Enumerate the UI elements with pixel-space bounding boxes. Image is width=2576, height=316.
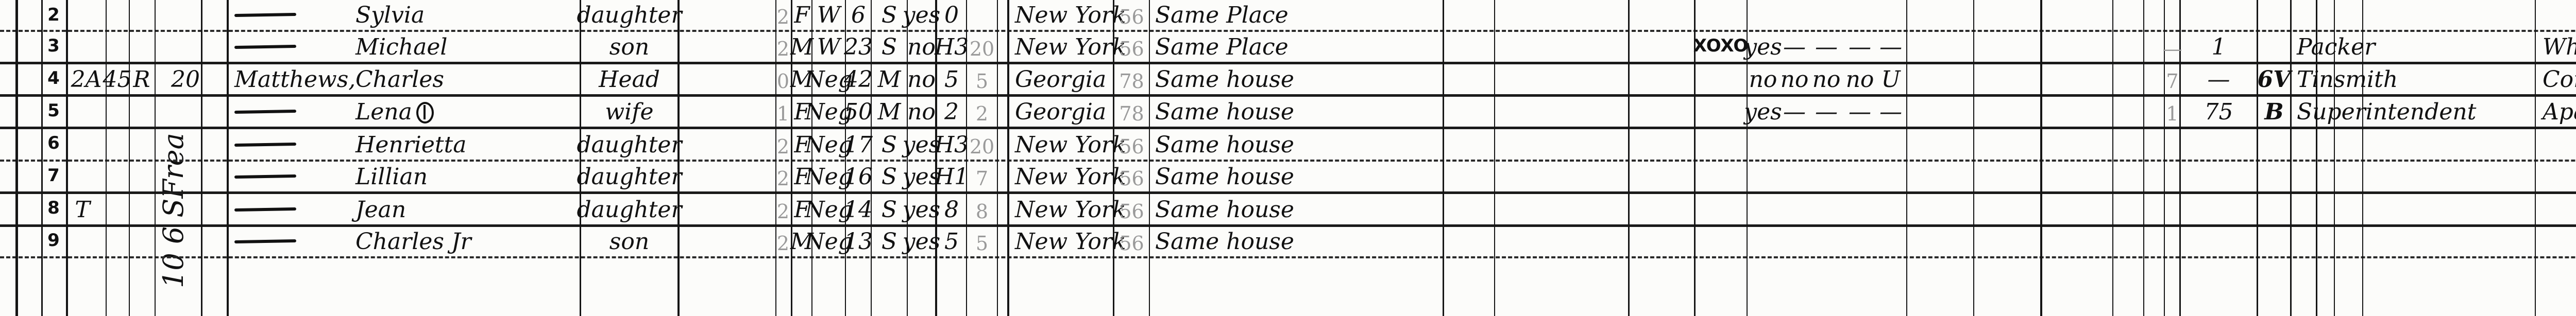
given-name: Lillian — [350, 160, 577, 191]
residence-1935: Same house — [1150, 94, 1284, 127]
relation-code: 1 — [775, 94, 791, 127]
public-work — [1811, 160, 1842, 191]
education-code — [967, 0, 997, 30]
ditto-dash-icon — [234, 207, 296, 212]
informant-circle-x-icon — [416, 102, 434, 124]
education-code: 5 — [967, 224, 997, 256]
birthplace-code: 78 — [1114, 62, 1149, 94]
given-name: Charles Jr — [350, 224, 577, 256]
sex: M — [792, 30, 811, 62]
birthplace: New York — [1010, 127, 1113, 160]
birthplace-code: 56 — [1114, 127, 1149, 160]
birthplace: New York — [1010, 224, 1113, 256]
highest-grade: H3 — [937, 127, 966, 160]
race: Neg — [812, 160, 845, 191]
given-name: Sylvia — [350, 0, 577, 30]
given-name-text: Sylvia — [355, 4, 425, 27]
at-work — [1748, 224, 1778, 256]
race: Neg — [812, 62, 845, 94]
surname-cell — [229, 30, 348, 62]
seeking-work — [1779, 224, 1810, 256]
age: 14 — [846, 191, 871, 224]
public-work: — — [1811, 30, 1842, 62]
industry — [2537, 224, 2576, 256]
race: W — [812, 30, 845, 62]
public-work — [1811, 224, 1842, 256]
hours-worked — [2165, 0, 2179, 30]
public-work: — — [1811, 94, 1842, 127]
occupation: Superintendent — [2292, 94, 2446, 127]
column-rule — [227, 0, 229, 316]
seeking-work: — — [1779, 30, 1810, 62]
occupation — [2292, 191, 2446, 224]
column-rule — [66, 0, 68, 316]
column-rule — [106, 0, 107, 316]
race: W — [812, 0, 845, 30]
age: 6 — [846, 0, 871, 30]
age: 50 — [846, 94, 871, 127]
school-attendance: no — [908, 94, 935, 127]
left-margin-mark: T — [67, 191, 98, 224]
work-status: U — [1875, 62, 1906, 94]
birthplace-code: 56 — [1114, 191, 1149, 224]
education-code: 5 — [967, 62, 997, 94]
relationship: son — [581, 30, 677, 62]
seeking-work: no — [1779, 62, 1810, 94]
race: Neg — [812, 224, 845, 256]
line-number-left: 6 — [41, 127, 66, 160]
occupation — [2292, 224, 2446, 256]
hours-worked — [2165, 224, 2179, 256]
birthplace-code: 56 — [1114, 0, 1149, 30]
relationship: daughter — [581, 160, 677, 191]
ditto-dash-icon — [234, 143, 296, 147]
tenure: R — [129, 62, 155, 94]
residence-1935: Same house — [1150, 160, 1284, 191]
school-attendance: yes — [908, 127, 935, 160]
industry — [2537, 127, 2576, 160]
education-code: 8 — [967, 191, 997, 224]
residence-1935: Same house — [1150, 224, 1284, 256]
line-number-left: 4 — [41, 62, 66, 94]
public-work — [1811, 0, 1842, 30]
side-annotation-text: 10 6 SFrea — [157, 133, 190, 288]
occupation: Tinsmith — [2292, 62, 2446, 94]
column-rule — [129, 0, 130, 316]
school-attendance: no — [908, 30, 935, 62]
work-status — [1875, 224, 1906, 256]
relation-code: 2 — [775, 30, 791, 62]
column-rule — [2112, 0, 2113, 316]
given-name-text: Lillian — [355, 166, 428, 188]
has-job — [1844, 224, 1875, 256]
school-attendance: no — [908, 62, 935, 94]
birthplace: New York — [1010, 30, 1113, 62]
hours-worked: — — [2165, 30, 2179, 62]
highest-grade: H1 — [937, 160, 966, 191]
highest-grade: 8 — [937, 191, 966, 224]
hours-worked — [2165, 191, 2179, 224]
row-rule — [0, 256, 2576, 258]
sex: F — [792, 0, 811, 30]
at-work — [1748, 127, 1778, 160]
seeking-work — [1779, 160, 1810, 191]
weeks-unemployed — [2181, 224, 2257, 256]
at-work — [1748, 191, 1778, 224]
surname-cell — [229, 127, 348, 160]
residence-1935: Same house — [1150, 62, 1284, 94]
work-status — [1875, 127, 1906, 160]
has-job — [1844, 127, 1875, 160]
line-number-left: 9 — [41, 224, 66, 256]
at-work — [1748, 0, 1778, 30]
column-rule — [155, 0, 156, 316]
given-name-text: Charles — [355, 68, 444, 91]
birthplace: New York — [1010, 160, 1113, 191]
relationship: wife — [581, 94, 677, 127]
given-name-text: Charles Jr — [355, 231, 471, 253]
school-attendance: yes — [908, 224, 935, 256]
given-name: Lena — [350, 94, 577, 127]
highest-grade: 2 — [937, 94, 966, 127]
weeks-unemployed — [2181, 127, 2257, 160]
relationship: daughter — [581, 0, 677, 30]
relationship: Head — [581, 62, 677, 94]
industry: Apartment Building — [2537, 94, 2576, 127]
school-attendance: yes — [908, 160, 935, 191]
column-rule — [1494, 0, 1495, 316]
industry — [2537, 0, 2576, 30]
given-name-text: Henrietta — [355, 134, 467, 156]
birthplace: New York — [1010, 191, 1113, 224]
marital-status: M — [872, 62, 907, 94]
relation-code: 0 — [775, 62, 791, 94]
surname-cell: Matthews, — [229, 62, 348, 94]
unemployed-mark: B — [2258, 94, 2290, 127]
marital-status: M — [872, 94, 907, 127]
public-work: no — [1811, 62, 1842, 94]
work-status — [1875, 0, 1906, 30]
school-attendance: yes — [908, 0, 935, 30]
hours-worked: 7 — [2165, 62, 2179, 94]
line-number-left: 3 — [41, 30, 66, 62]
race: Neg — [812, 127, 845, 160]
residence-1935: Same Place — [1150, 0, 1284, 30]
given-name-text: Michael — [355, 36, 447, 59]
work-status: — — [1875, 30, 1906, 62]
ditto-dash-icon — [234, 110, 296, 114]
column-rule — [677, 0, 680, 316]
surname-cell — [229, 160, 348, 191]
work-status — [1875, 160, 1906, 191]
given-name-text: Lena — [355, 101, 412, 124]
birthplace-code: 56 — [1114, 160, 1149, 191]
public-work — [1811, 127, 1842, 160]
residence-1935: Same Place — [1150, 30, 1284, 62]
school-attendance: yes — [908, 191, 935, 224]
weeks-unemployed: 75 — [2181, 94, 2257, 127]
seeking-work — [1779, 0, 1810, 30]
has-job — [1844, 0, 1875, 30]
rent-value: 20 — [170, 62, 201, 94]
education-code: 2 — [967, 94, 997, 127]
relationship: daughter — [581, 127, 677, 160]
highest-grade: 5 — [937, 224, 966, 256]
line-number-left: 2 — [41, 0, 66, 30]
industry — [2537, 191, 2576, 224]
surname-cell — [229, 94, 348, 127]
industry: Wholesale house — [2537, 30, 2576, 62]
has-job: no — [1844, 62, 1875, 94]
birthplace-code: 56 — [1114, 30, 1149, 62]
side-annotation: 10 6 SFrea — [126, 0, 204, 316]
line-number-left: 8 — [41, 191, 66, 224]
marital-status: S — [872, 30, 907, 62]
column-rule — [2535, 0, 2536, 316]
ditto-dash-icon — [234, 45, 296, 49]
marital-status: S — [872, 191, 907, 224]
education-code: 20 — [967, 30, 997, 62]
weeks-unemployed — [2181, 191, 2257, 224]
at-work: yes — [1748, 94, 1778, 127]
highest-grade: 0 — [937, 0, 966, 30]
weeks-unemployed — [2181, 160, 2257, 191]
highest-grade: 5 — [937, 62, 966, 94]
at-work — [1748, 160, 1778, 191]
at-work: yes — [1748, 30, 1778, 62]
marital-status: S — [872, 160, 907, 191]
relation-code: 2 — [775, 127, 791, 160]
age: 17 — [846, 127, 871, 160]
public-work — [1811, 191, 1842, 224]
age: 13 — [846, 224, 871, 256]
relationship: son — [581, 224, 677, 256]
industry — [2537, 160, 2576, 191]
marital-status: S — [872, 127, 907, 160]
work-status: — — [1875, 94, 1906, 127]
stamp-mark: XOXO — [1695, 30, 1747, 62]
surname-cell — [229, 0, 348, 30]
weeks-unemployed: — — [2181, 62, 2257, 94]
relation-code: 2 — [775, 0, 791, 30]
seeking-work — [1779, 191, 1810, 224]
education-code: 7 — [967, 160, 997, 191]
occupation — [2292, 0, 2446, 30]
work-status — [1875, 191, 1906, 224]
census-sheet: 10 6 SFrea 22334455667788992A45R20Sylvia… — [0, 0, 2576, 316]
given-name: Henrietta — [350, 127, 577, 160]
race: Neg — [812, 191, 845, 224]
given-name: Charles — [350, 62, 577, 94]
column-rule — [1628, 0, 1630, 316]
occupation — [2292, 160, 2446, 191]
birthplace: Georgia — [1010, 62, 1113, 94]
column-rule — [997, 0, 998, 316]
house-number: 2A — [67, 62, 106, 94]
column-rule — [2040, 0, 2042, 316]
education-code: 20 — [967, 127, 997, 160]
residence-1935: Same house — [1150, 127, 1284, 160]
seeking-work — [1779, 127, 1810, 160]
highest-grade: H3 — [937, 30, 966, 62]
line-number-left: 7 — [41, 160, 66, 191]
hours-worked — [2165, 127, 2179, 160]
column-rule — [1443, 0, 1444, 316]
column-rule — [15, 0, 18, 316]
line-number-left: 5 — [41, 94, 66, 127]
birthplace: New York — [1010, 0, 1113, 30]
marital-status: S — [872, 0, 907, 30]
unemployed-mark: 6V — [2258, 62, 2290, 94]
column-rule — [1007, 0, 1009, 316]
relation-code: 2 — [775, 160, 791, 191]
residence-1935: Same house — [1150, 191, 1284, 224]
birthplace: Georgia — [1010, 94, 1113, 127]
column-rule — [1973, 0, 1974, 316]
given-name-text: Jean — [355, 199, 406, 221]
given-name: Michael — [350, 30, 577, 62]
column-rule — [2257, 0, 2258, 316]
ditto-dash-icon — [234, 174, 296, 179]
surname-cell — [229, 191, 348, 224]
surname-cell — [229, 224, 348, 256]
ditto-dash-icon — [234, 13, 296, 17]
race: Neg — [812, 94, 845, 127]
relation-code: 2 — [775, 191, 791, 224]
age: 42 — [846, 62, 871, 94]
age: 23 — [846, 30, 871, 62]
weeks-unemployed — [2181, 0, 2257, 30]
has-job: — — [1844, 30, 1875, 62]
ditto-dash-icon — [234, 239, 296, 243]
industry: Contractor — [2537, 62, 2576, 94]
occupation: Packer — [2292, 30, 2446, 62]
weeks-unemployed: 1 — [2181, 30, 2257, 62]
column-rule — [201, 0, 202, 316]
has-job: — — [1844, 94, 1875, 127]
marital-status: S — [872, 224, 907, 256]
relationship: daughter — [581, 191, 677, 224]
column-rule — [2143, 0, 2144, 316]
occupation — [2292, 127, 2446, 160]
birthplace-code: 78 — [1114, 94, 1149, 127]
hours-worked — [2165, 160, 2179, 191]
household-number: 45 — [106, 62, 129, 94]
age: 16 — [846, 160, 871, 191]
column-rule — [1906, 0, 1907, 316]
has-job — [1844, 191, 1875, 224]
hours-worked: 1 — [2165, 94, 2179, 127]
at-work: no — [1748, 62, 1778, 94]
seeking-work: — — [1779, 94, 1810, 127]
given-name: Jean — [350, 191, 577, 224]
birthplace-code: 56 — [1114, 224, 1149, 256]
has-job — [1844, 160, 1875, 191]
relation-code: 2 — [775, 224, 791, 256]
